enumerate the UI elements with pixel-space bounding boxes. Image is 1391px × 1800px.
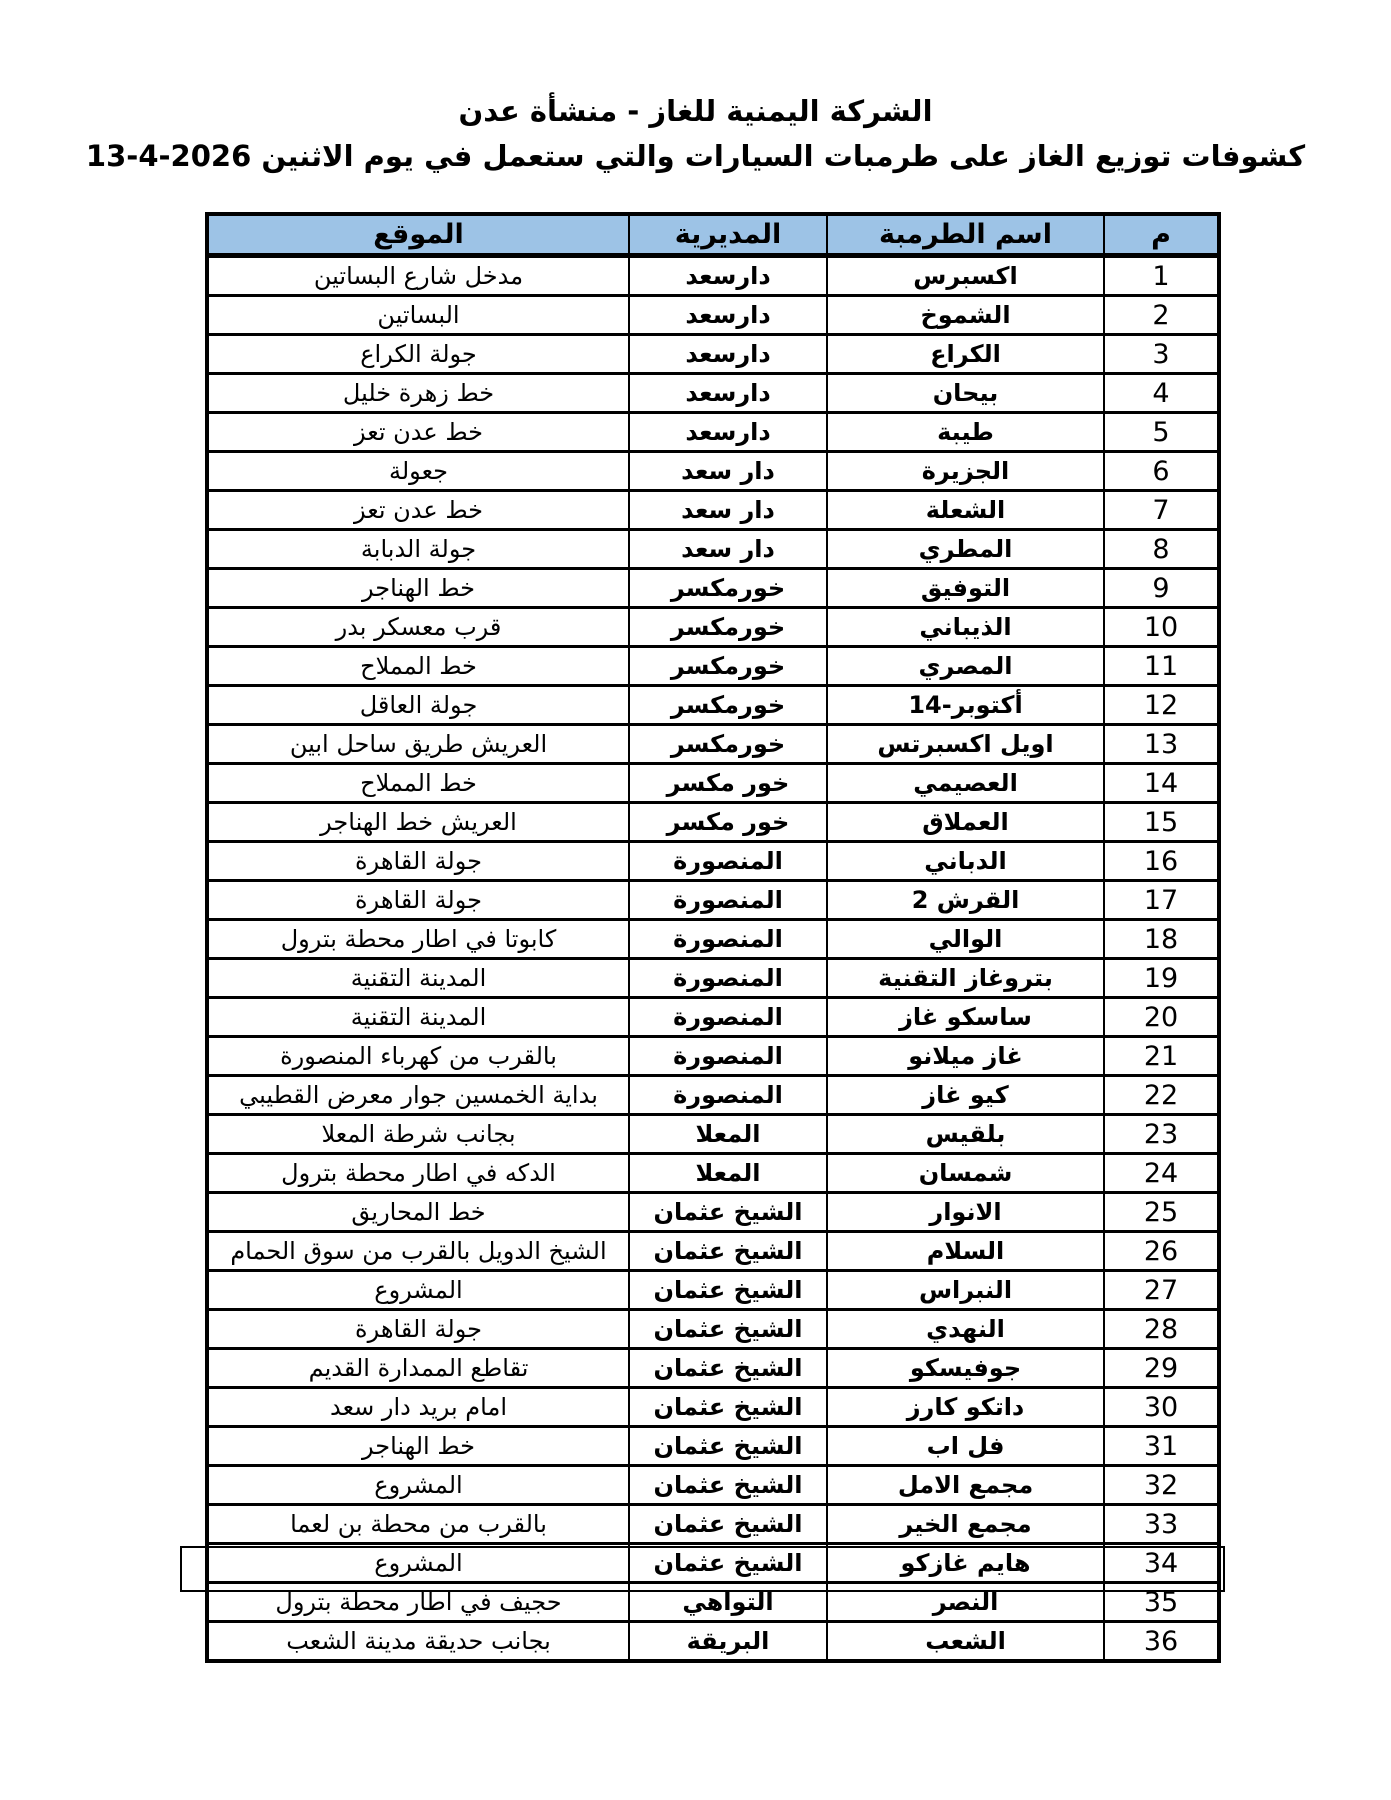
table-row: 25الانوارالشيخ عثمانخط المحاريق [207,1193,1219,1232]
table-row: 1اكسبرسدارسعدمدخل شارع البساتين [207,256,1219,296]
table-row: 9التوفيقخورمكسرخط الهناجر [207,569,1219,608]
table-row: 16الدبانيالمنصورةجولة القاهرة [207,842,1219,881]
table-row: 34هايم غازكوالشيخ عثمانالمشروع [207,1544,1219,1583]
cell-no: 8 [1104,530,1219,569]
cell-district: المعلا [629,1154,827,1193]
cell-no: 34 [1104,1544,1219,1583]
document-header: الشركة اليمنية للغاز - منشأة عدن كشوفات … [0,94,1391,174]
cell-no: 19 [1104,959,1219,998]
cell-name: فل اب [827,1427,1104,1466]
cell-location: خط المملاح [207,647,629,686]
cell-district: دارسعد [629,374,827,413]
cell-no: 6 [1104,452,1219,491]
cell-location: الدكه في اطار محطة بترول [207,1154,629,1193]
column-header-district: المديرية [629,214,827,256]
table-row: 32مجمع الاملالشيخ عثمانالمشروع [207,1466,1219,1505]
cell-location: خط زهرة خليل [207,374,629,413]
cell-district: المنصورة [629,842,827,881]
cell-no: 30 [1104,1388,1219,1427]
cell-no: 26 [1104,1232,1219,1271]
cell-name: العصيمي [827,764,1104,803]
cell-no: 31 [1104,1427,1219,1466]
cell-name: الجزيرة [827,452,1104,491]
cell-name: المصري [827,647,1104,686]
cell-location: جولة القاهرة [207,842,629,881]
cell-district: دارسعد [629,296,827,335]
cell-no: 21 [1104,1037,1219,1076]
table-row: 24شمسانالمعلاالدكه في اطار محطة بترول [207,1154,1219,1193]
gas-distribution-table: م اسم الطرمبة المديرية الموقع 1اكسبرسدار… [205,212,1221,1663]
table-row: 17القرش 2المنصورةجولة القاهرة [207,881,1219,920]
cell-location: امام بريد دار سعد [207,1388,629,1427]
table-row: 21غاز ميلانوالمنصورةبالقرب من كهرباء الم… [207,1037,1219,1076]
cell-no: 7 [1104,491,1219,530]
cell-location: كابوتا في اطار محطة بترول [207,920,629,959]
table-row: 30داتكو كارزالشيخ عثمانامام بريد دار سعد [207,1388,1219,1427]
cell-no: 35 [1104,1583,1219,1622]
cell-district: دارسعد [629,335,827,374]
cell-district: خورمكسر [629,569,827,608]
cell-name: السلام [827,1232,1104,1271]
cell-district: المنصورة [629,881,827,920]
table-row: 13اويل اكسبرتسخورمكسرالعريش طريق ساحل اب… [207,725,1219,764]
cell-name: أكتوبر-14 [827,686,1104,725]
document-page: الشركة اليمنية للغاز - منشأة عدن كشوفات … [0,0,1391,1800]
cell-no: 12 [1104,686,1219,725]
cell-no: 27 [1104,1271,1219,1310]
cell-no: 22 [1104,1076,1219,1115]
cell-location: خط المملاح [207,764,629,803]
cell-no: 28 [1104,1310,1219,1349]
table-row: 31فل ابالشيخ عثمانخط الهناجر [207,1427,1219,1466]
table-row: 4بيحاندارسعدخط زهرة خليل [207,374,1219,413]
cell-no: 17 [1104,881,1219,920]
cell-no: 33 [1104,1505,1219,1544]
cell-name: داتكو كارز [827,1388,1104,1427]
cell-name: الدباني [827,842,1104,881]
table-row: 14العصيميخور مكسرخط المملاح [207,764,1219,803]
cell-name: الشموخ [827,296,1104,335]
doc-subtitle: كشوفات توزيع الغاز على طرمبات السيارات و… [0,139,1391,174]
cell-district: خورمكسر [629,725,827,764]
cell-district: التواهي [629,1583,827,1622]
table-row: 11المصريخورمكسرخط المملاح [207,647,1219,686]
cell-name: شمسان [827,1154,1104,1193]
table-row: 5طيبةدارسعدخط عدن تعز [207,413,1219,452]
cell-location: البساتين [207,296,629,335]
table-row: 19بتروغاز التقنيةالمنصورةالمدينة التقنية [207,959,1219,998]
cell-name: الذيباني [827,608,1104,647]
cell-name: الشعلة [827,491,1104,530]
cell-name: بيحان [827,374,1104,413]
cell-no: 1 [1104,256,1219,296]
cell-district: المنصورة [629,959,827,998]
cell-location: جولة القاهرة [207,881,629,920]
cell-location: المشروع [207,1271,629,1310]
cell-location: المشروع [207,1466,629,1505]
table-row: 27النبراسالشيخ عثمانالمشروع [207,1271,1219,1310]
column-header-name: اسم الطرمبة [827,214,1104,256]
cell-location: خط المحاريق [207,1193,629,1232]
cell-district: الشيخ عثمان [629,1466,827,1505]
cell-district: الشيخ عثمان [629,1271,827,1310]
cell-name: القرش 2 [827,881,1104,920]
cell-district: المنصورة [629,1037,827,1076]
cell-name: جوفيسكو [827,1349,1104,1388]
cell-name: الكراع [827,335,1104,374]
column-header-location: الموقع [207,214,629,256]
table-row: 18الواليالمنصورةكابوتا في اطار محطة بترو… [207,920,1219,959]
cell-no: 13 [1104,725,1219,764]
cell-location: بالقرب من كهرباء المنصورة [207,1037,629,1076]
table-row: 12أكتوبر-14خورمكسرجولة العاقل [207,686,1219,725]
cell-no: 5 [1104,413,1219,452]
cell-name: ساسكو غاز [827,998,1104,1037]
table-row: 23بلقيسالمعلابجانب شرطة المعلا [207,1115,1219,1154]
table-header-row: م اسم الطرمبة المديرية الموقع [207,214,1219,256]
table-row: 36الشعبالبريقةبجانب حديقة مدينة الشعب [207,1622,1219,1662]
cell-name: النبراس [827,1271,1104,1310]
cell-district: الشيخ عثمان [629,1310,827,1349]
cell-district: دارسعد [629,413,827,452]
cell-location: جولة العاقل [207,686,629,725]
cell-district: الشيخ عثمان [629,1427,827,1466]
cell-location: جولة الكراع [207,335,629,374]
cell-district: المنصورة [629,1076,827,1115]
cell-district: الشيخ عثمان [629,1505,827,1544]
cell-district: دارسعد [629,256,827,296]
cell-no: 23 [1104,1115,1219,1154]
cell-location: خط عدن تعز [207,491,629,530]
cell-name: بتروغاز التقنية [827,959,1104,998]
table-row: 3الكراعدارسعدجولة الكراع [207,335,1219,374]
cell-no: 24 [1104,1154,1219,1193]
doc-title: الشركة اليمنية للغاز - منشأة عدن [0,94,1391,129]
cell-no: 10 [1104,608,1219,647]
cell-district: الشيخ عثمان [629,1544,827,1583]
cell-location: المدينة التقنية [207,959,629,998]
cell-name: هايم غازكو [827,1544,1104,1583]
cell-location: العريش خط الهناجر [207,803,629,842]
table-row: 8المطريدار سعدجولة الدبابة [207,530,1219,569]
cell-district: الشيخ عثمان [629,1388,827,1427]
cell-no: 25 [1104,1193,1219,1232]
cell-no: 9 [1104,569,1219,608]
cell-location: خط الهناجر [207,569,629,608]
cell-district: دار سعد [629,530,827,569]
cell-name: مجمع الخير [827,1505,1104,1544]
cell-location: خط عدن تعز [207,413,629,452]
table-row: 2الشموخدارسعدالبساتين [207,296,1219,335]
cell-name: غاز ميلانو [827,1037,1104,1076]
cell-location: خط الهناجر [207,1427,629,1466]
cell-district: خور مكسر [629,764,827,803]
cell-location: بالقرب من محطة بن لعما [207,1505,629,1544]
table-body: 1اكسبرسدارسعدمدخل شارع البساتين2الشموخدا… [207,256,1219,1662]
cell-no: 2 [1104,296,1219,335]
cell-no: 20 [1104,998,1219,1037]
cell-name: الوالي [827,920,1104,959]
cell-name: التوفيق [827,569,1104,608]
cell-district: الشيخ عثمان [629,1232,827,1271]
cell-district: خورمكسر [629,608,827,647]
cell-location: الشيخ الدويل بالقرب من سوق الحمام [207,1232,629,1271]
cell-name: المطري [827,530,1104,569]
cell-no: 4 [1104,374,1219,413]
cell-location: قرب معسكر بدر [207,608,629,647]
cell-district: المعلا [629,1115,827,1154]
table-row: 28النهديالشيخ عثمانجولة القاهرة [207,1310,1219,1349]
cell-district: البريقة [629,1622,827,1662]
cell-district: دار سعد [629,491,827,530]
cell-name: النهدي [827,1310,1104,1349]
cell-no: 32 [1104,1466,1219,1505]
table-row: 22كيو غازالمنصورةبداية الخمسين جوار معرض… [207,1076,1219,1115]
cell-name: العملاق [827,803,1104,842]
cell-location: المشروع [207,1544,629,1583]
cell-name: بلقيس [827,1115,1104,1154]
cell-no: 36 [1104,1622,1219,1662]
table-row: 29جوفيسكوالشيخ عثمانتقاطع الممدارة القدي… [207,1349,1219,1388]
cell-location: بجانب حديقة مدينة الشعب [207,1622,629,1662]
cell-location: جعولة [207,452,629,491]
table-row: 20ساسكو غازالمنصورةالمدينة التقنية [207,998,1219,1037]
table-row: 6الجزيرةدار سعدجعولة [207,452,1219,491]
cell-name: مجمع الامل [827,1466,1104,1505]
cell-district: الشيخ عثمان [629,1193,827,1232]
table-row: 7الشعلةدار سعدخط عدن تعز [207,491,1219,530]
cell-name: كيو غاز [827,1076,1104,1115]
cell-location: جولة القاهرة [207,1310,629,1349]
cell-no: 29 [1104,1349,1219,1388]
cell-district: دار سعد [629,452,827,491]
cell-name: طيبة [827,413,1104,452]
table-row: 35النصرالتواهيحجيف في اطار محطة بترول [207,1583,1219,1622]
cell-name: اكسبرس [827,256,1104,296]
cell-location: العريش طريق ساحل ابين [207,725,629,764]
cell-no: 16 [1104,842,1219,881]
cell-location: حجيف في اطار محطة بترول [207,1583,629,1622]
cell-location: تقاطع الممدارة القديم [207,1349,629,1388]
cell-location: جولة الدبابة [207,530,629,569]
cell-district: خور مكسر [629,803,827,842]
cell-location: المدينة التقنية [207,998,629,1037]
table-row: 15العملاقخور مكسرالعريش خط الهناجر [207,803,1219,842]
cell-district: خورمكسر [629,686,827,725]
column-header-no: م [1104,214,1219,256]
cell-district: خورمكسر [629,647,827,686]
cell-location: مدخل شارع البساتين [207,256,629,296]
cell-no: 3 [1104,335,1219,374]
cell-name: اويل اكسبرتس [827,725,1104,764]
cell-no: 15 [1104,803,1219,842]
cell-no: 18 [1104,920,1219,959]
cell-name: النصر [827,1583,1104,1622]
cell-district: المنصورة [629,920,827,959]
cell-location: بداية الخمسين جوار معرض القطيبي [207,1076,629,1115]
table-row: 10الذيبانيخورمكسرقرب معسكر بدر [207,608,1219,647]
table-row: 26السلامالشيخ عثمانالشيخ الدويل بالقرب م… [207,1232,1219,1271]
cell-name: الانوار [827,1193,1104,1232]
cell-district: الشيخ عثمان [629,1349,827,1388]
cell-district: المنصورة [629,998,827,1037]
table-row: 33مجمع الخيرالشيخ عثمانبالقرب من محطة بن… [207,1505,1219,1544]
cell-location: بجانب شرطة المعلا [207,1115,629,1154]
cell-name: الشعب [827,1622,1104,1662]
cell-no: 11 [1104,647,1219,686]
cell-no: 14 [1104,764,1219,803]
